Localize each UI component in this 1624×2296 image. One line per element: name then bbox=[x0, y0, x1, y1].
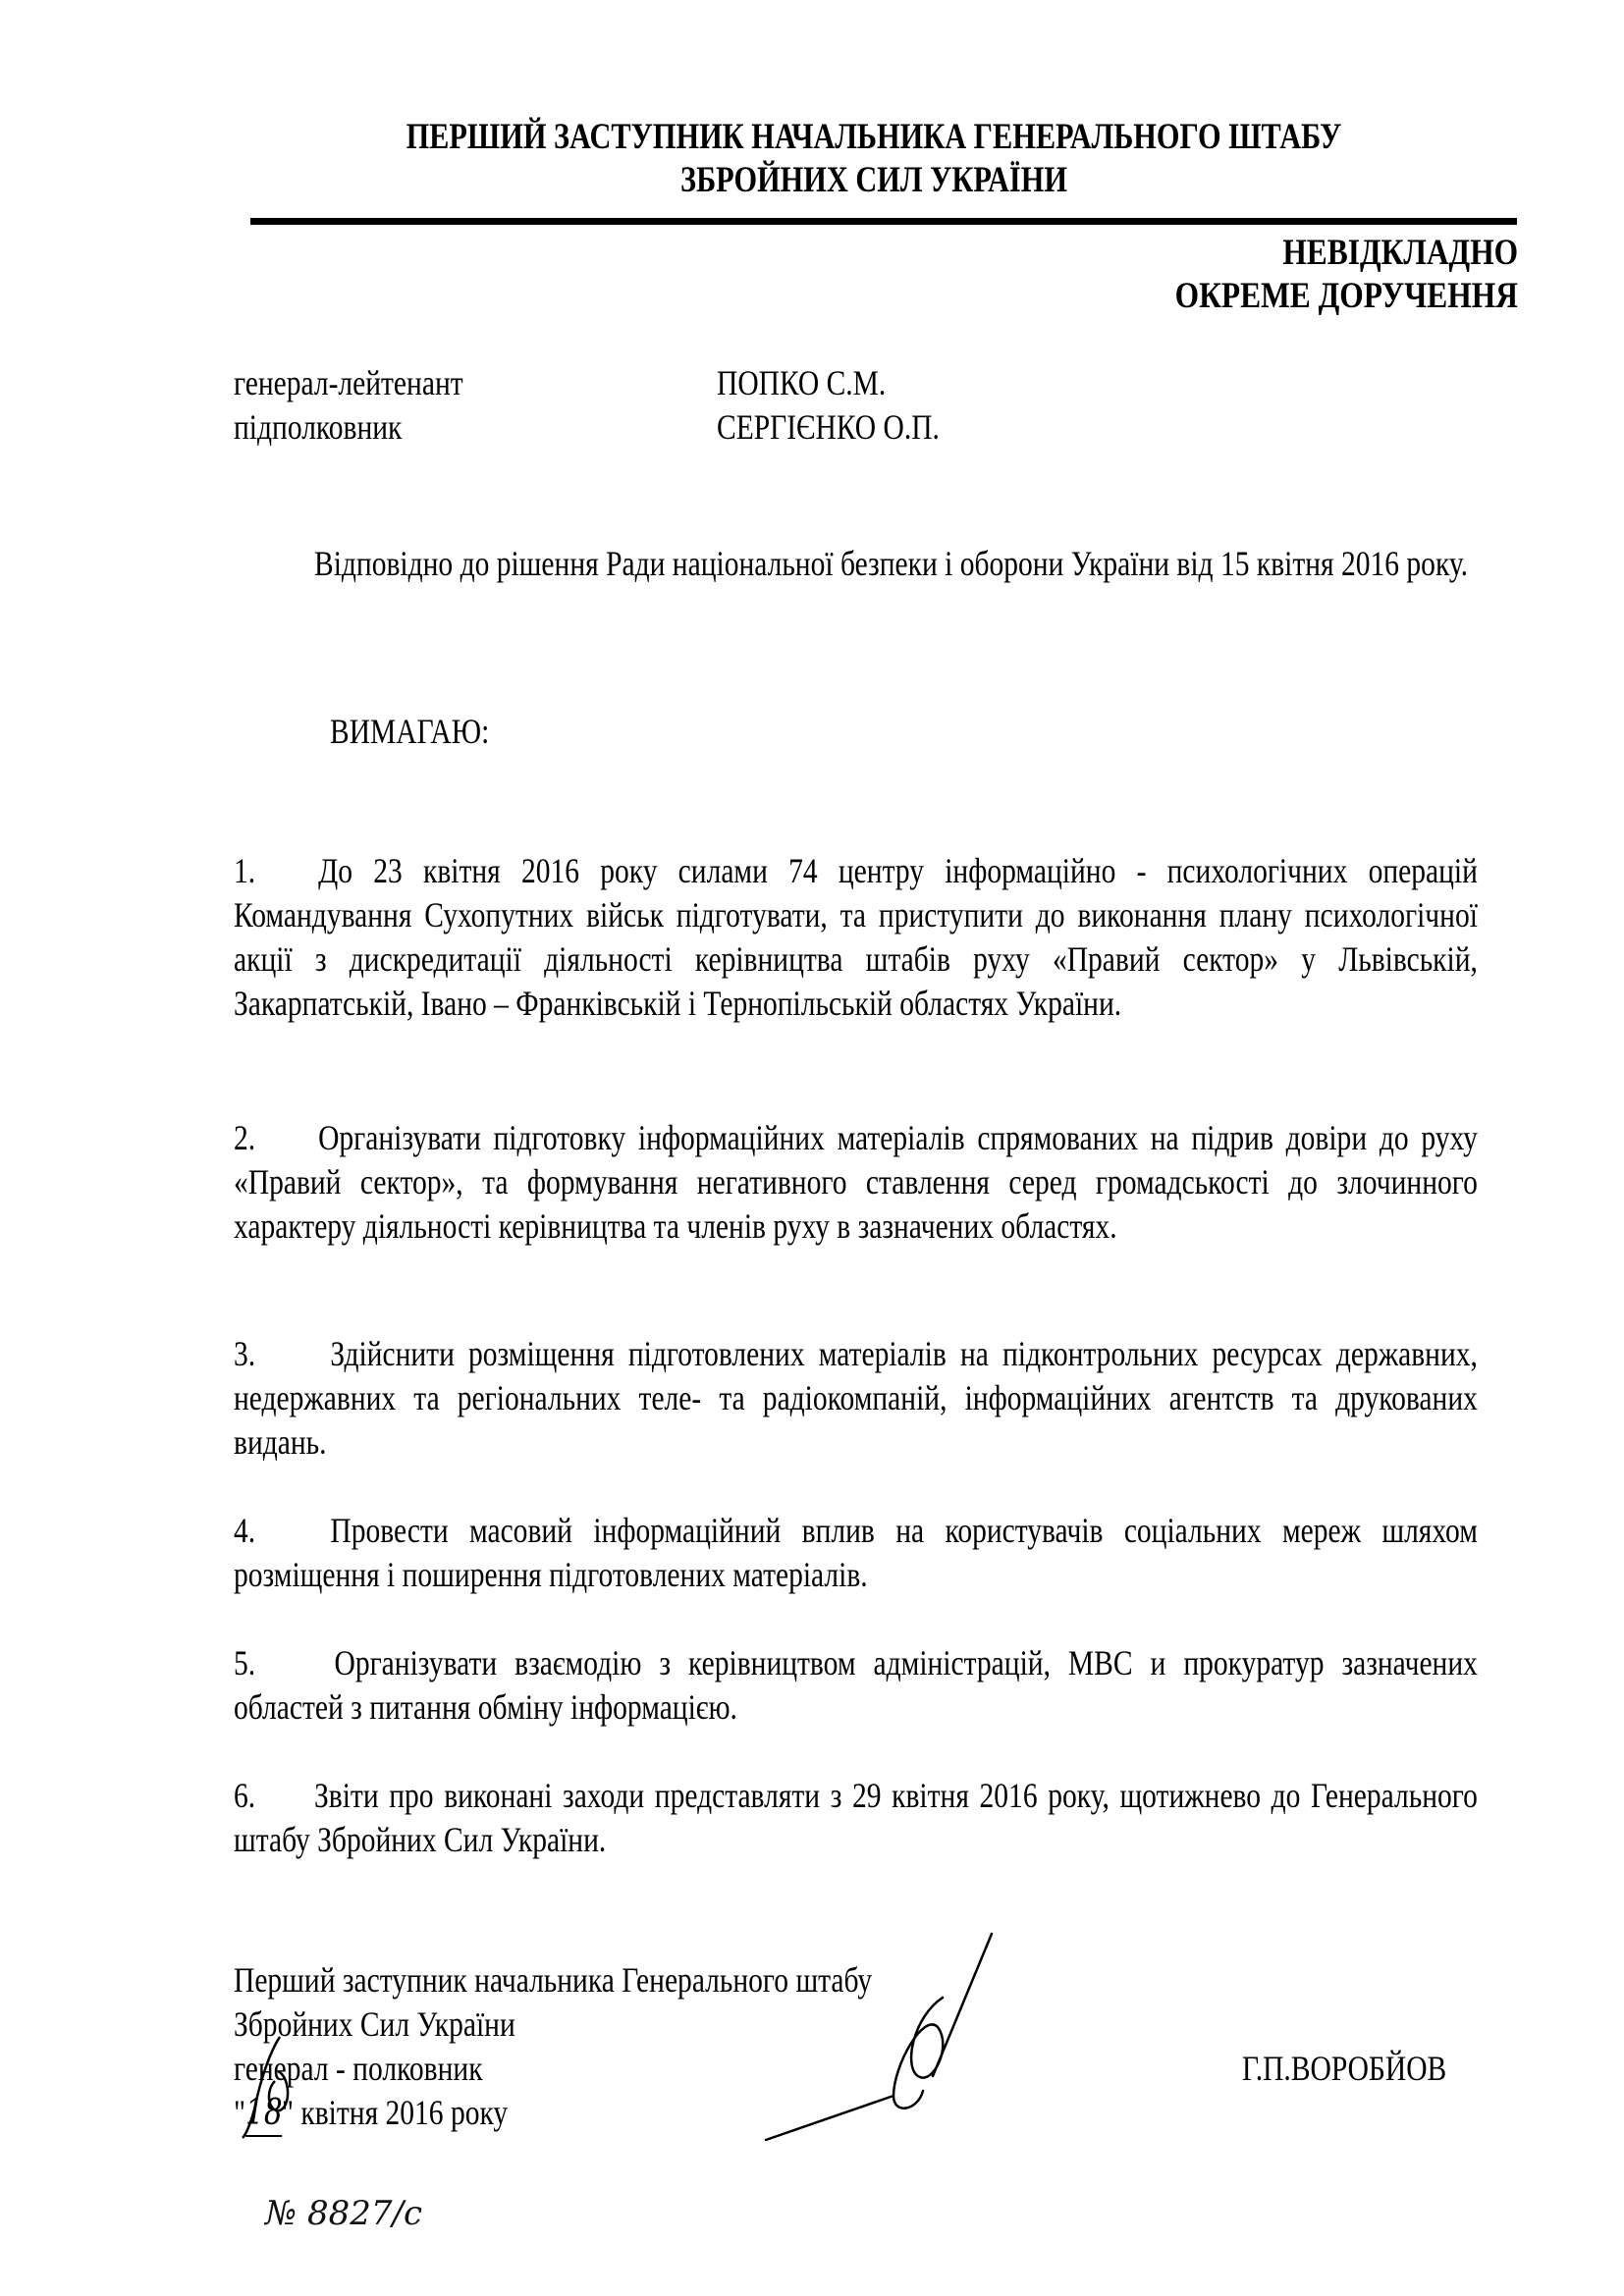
item-number: 1. bbox=[234, 849, 318, 893]
list-item: 6.Звіти про виконані заходи представляти… bbox=[234, 1774, 1478, 1862]
addressee-name: СЕРГІЄНКО О.П. bbox=[717, 405, 940, 450]
item-text: Здійснити розміщення підготовлених матер… bbox=[234, 1334, 1478, 1462]
list-item: 2.Організувати підготовку інформаційних … bbox=[234, 1116, 1478, 1249]
item-text: Звіти про виконані заходи представляти з… bbox=[234, 1776, 1478, 1859]
list-item: 3.Здійснити розміщення підготовлених мат… bbox=[234, 1332, 1478, 1465]
addressee-rank: підполковник bbox=[234, 405, 402, 450]
document-type-label: ОКРЕМЕ ДОРУЧЕННЯ bbox=[1175, 275, 1518, 318]
item-number: 5. bbox=[234, 1641, 335, 1685]
document-title-line1: ПЕРШИЙ ЗАСТУПНИК НАЧАЛЬНИКА ГЕНЕРАЛЬНОГО… bbox=[351, 116, 1397, 159]
item-text: До 23 квітня 2016 року силами 74 центру … bbox=[234, 851, 1478, 1023]
item-text: Організувати взаємодію з керівництвом ад… bbox=[234, 1643, 1478, 1727]
list-item: 1.До 23 квітня 2016 року силами 74 центр… bbox=[234, 849, 1478, 1026]
list-item: 4.Провести масовий інформаційний вплив н… bbox=[234, 1509, 1478, 1597]
item-number: 4. bbox=[234, 1509, 330, 1553]
document-title-line2: ЗБРОЙНИХ СИЛ УКРАЇНИ bbox=[351, 159, 1397, 202]
handwritten-mark-icon bbox=[241, 2032, 299, 2140]
urgency-label: НЕВІДКЛАДНО bbox=[1282, 232, 1518, 275]
signature-icon bbox=[746, 1929, 1001, 2150]
addressee-name: ПОПКО С.М. bbox=[717, 361, 886, 405]
handwritten-registration-number: № 8827/с bbox=[265, 2194, 422, 2233]
item-number: 6. bbox=[234, 1774, 314, 1818]
signer-name: Г.П.ВОРОБЙОВ bbox=[1242, 2047, 1446, 2091]
list-item: 5.Організувати взаємодію з керівництвом … bbox=[234, 1641, 1478, 1730]
header-divider bbox=[250, 218, 1517, 225]
demand-heading: ВИМАГАЮ: bbox=[330, 710, 489, 754]
item-text: Організувати підготовку інформаційних ма… bbox=[234, 1118, 1478, 1246]
item-number: 3. bbox=[234, 1332, 330, 1376]
addressee-rank: генерал-лейтенант bbox=[234, 361, 463, 405]
item-number: 2. bbox=[234, 1116, 318, 1160]
item-text: Провести масовий інформаційний вплив на … bbox=[234, 1511, 1478, 1594]
preamble: Відповідно до рішення Ради національної … bbox=[234, 542, 1478, 586]
